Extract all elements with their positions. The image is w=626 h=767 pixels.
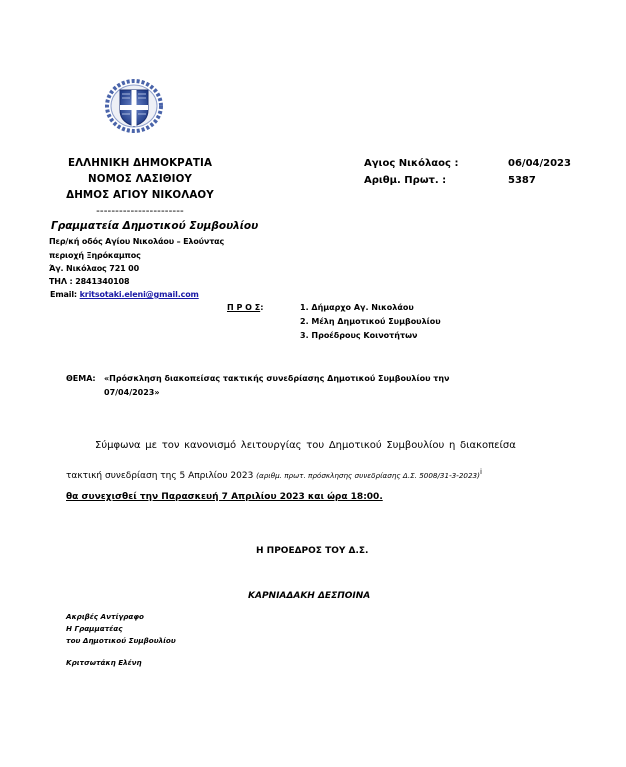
recipient-item: 2. Μέλη Δημοτικού Συμβουλίου [300,317,441,326]
sender-address-street: Περ/κή οδός Αγίου Νικολάου – Ελούντας [49,237,224,246]
protocol-number: 5387 [508,175,536,186]
authority-line-municipality: ΔΗΜΟΣ ΑΓΙΟΥ ΝΙΚΟΛΑΟΥ [40,189,240,201]
footnote-marker: i [480,467,482,476]
subject-line-2: 07/04/2023» [104,388,160,397]
recipients-label: Π Ρ Ο Σ [227,303,260,312]
body-continuation-notice: θα συνεχισθεί την Παρασκευή 7 Απριλίου 2… [66,492,383,502]
document-date: 06/04/2023 [508,158,571,169]
copy-line-2: Η Γραμματέας [66,624,122,633]
body-line-1: Σύμφωνα με τον κανονισμό λειτουργίας του… [95,440,516,451]
protocol-label: Αριθμ. Πρωτ. : [364,175,446,186]
email-label: Email: [50,290,77,299]
signature-title: Η ΠΡΟΕΔΡΟΣ ΤΟΥ Δ.Σ. [256,546,368,556]
header-separator: ----------------------- [40,205,240,217]
copy-line-3: του Δημοτικού Συμβουλίου [66,636,176,645]
place-label: Αγιος Νικόλαος : [364,158,458,169]
sender-email-row: Email: kritsotaki.eleni@gmail.com [50,290,199,299]
recipients-colon: : [260,303,263,312]
subject-line-1: «Πρόσκληση διακοπείσας τακτικής συνεδρία… [104,374,450,383]
authority-line-state: ΕΛΛΗΝΙΚΗ ΔΗΜΟΚΡΑΤΙΑ [40,157,240,169]
recipient-item: 1. Δήμαρχο Αγ. Νικολάου [300,303,414,312]
signature-name: ΚΑΡΝΙΑΔΑΚΗ ΔΕΣΠΟΙΝΑ [248,591,370,601]
body-invitation-reference: (αριθμ. πρωτ. πρόσκλησης συνεδρίασης Δ.Σ… [256,471,480,480]
copy-secretary-name: Κριτσωτάκη Ελένη [66,658,142,667]
copy-line-1: Ακριβές Αντίγραφο [66,612,144,621]
subject-label: ΘΕΜΑ: [66,374,96,383]
email-link[interactable]: kritsotaki.eleni@gmail.com [80,290,199,299]
sender-phone: ΤΗΛ : 2841340108 [49,277,129,286]
sender-department: Γραμματεία Δημοτικού Συμβουλίου [51,220,258,232]
body-meeting-date: τακτική συνεδρίαση της 5 Απριλίου 2023 [66,471,256,481]
recipients-label-row: Π Ρ Ο Σ: [227,303,263,312]
authority-line-prefecture: ΝΟΜΟΣ ΛΑΣΙΘΙΟΥ [40,173,240,185]
sender-address-city: Άγ. Νικόλαος 721 00 [49,264,139,273]
recipient-item: 3. Προέδρους Κοινοτήτων [300,331,417,340]
body-line-2: τακτική συνεδρίαση της 5 Απριλίου 2023 (… [66,467,482,481]
sender-address-area: περιοχή Ξηρόκαμπος [49,251,141,260]
greek-coat-of-arms-icon [104,78,164,134]
